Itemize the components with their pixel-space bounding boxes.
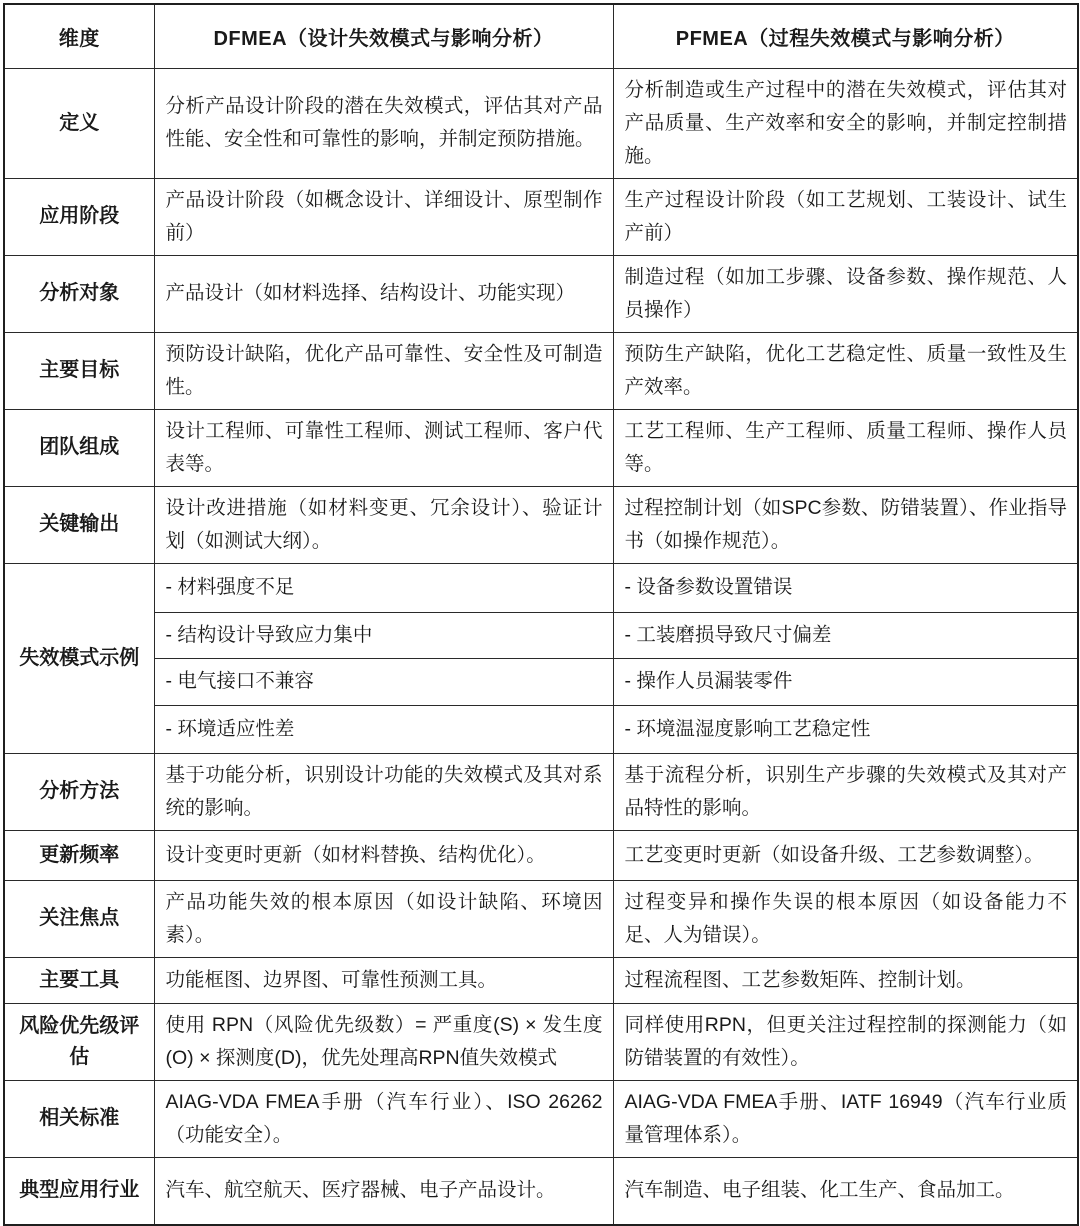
- row-label: 主要目标: [4, 332, 154, 409]
- pfmea-cell: - 工装磨损导致尺寸偏差: [613, 612, 1078, 658]
- dfmea-cell: - 材料强度不足: [154, 563, 613, 612]
- row-label: 关注焦点: [4, 880, 154, 957]
- table-row-team-composition: 团队组成 设计工程师、可靠性工程师、测试工程师、客户代表等。 工艺工程师、生产工…: [4, 409, 1078, 486]
- table-row-application-stage: 应用阶段 产品设计阶段（如概念设计、详细设计、原型制作前） 生产过程设计阶段（如…: [4, 178, 1078, 255]
- table-row-analysis-method: 分析方法 基于功能分析，识别设计功能的失效模式及其对系统的影响。 基于流程分析，…: [4, 753, 1078, 830]
- column-header-dfmea: DFMEA（设计失效模式与影响分析）: [154, 4, 613, 68]
- dfmea-cell: 基于功能分析，识别设计功能的失效模式及其对系统的影响。: [154, 753, 613, 830]
- dfmea-cell: - 环境适应性差: [154, 705, 613, 753]
- pfmea-cell: 汽车制造、电子组装、化工生产、食品加工。: [613, 1157, 1078, 1225]
- table-row-failure-mode-example-1: 失效模式示例 - 材料强度不足 - 设备参数设置错误: [4, 563, 1078, 612]
- row-label: 分析方法: [4, 753, 154, 830]
- pfmea-cell: AIAG-VDA FMEA手册、IATF 16949（汽车行业质量管理体系）。: [613, 1080, 1078, 1157]
- dfmea-cell: 分析产品设计阶段的潜在失效模式，评估其对产品性能、安全性和可靠性的影响，并制定预…: [154, 68, 613, 178]
- table-row-update-frequency: 更新频率 设计变更时更新（如材料替换、结构优化）。 工艺变更时更新（如设备升级、…: [4, 830, 1078, 880]
- table-row-failure-mode-example-4: - 环境适应性差 - 环境温湿度影响工艺稳定性: [4, 705, 1078, 753]
- dfmea-cell: 设计变更时更新（如材料替换、结构优化）。: [154, 830, 613, 880]
- row-label: 应用阶段: [4, 178, 154, 255]
- table-row-failure-mode-example-3: - 电气接口不兼容 - 操作人员漏装零件: [4, 658, 1078, 705]
- pfmea-cell: 预防生产缺陷，优化工艺稳定性、质量一致性及生产效率。: [613, 332, 1078, 409]
- table-row-analysis-object: 分析对象 产品设计（如材料选择、结构设计、功能实现） 制造过程（如加工步骤、设备…: [4, 255, 1078, 332]
- pfmea-cell: 制造过程（如加工步骤、设备参数、操作规范、人员操作）: [613, 255, 1078, 332]
- table-row-focus: 关注焦点 产品功能失效的根本原因（如设计缺陷、环境因素）。 过程变异和操作失误的…: [4, 880, 1078, 957]
- fmea-comparison-table: 维度 DFMEA（设计失效模式与影响分析） PFMEA（过程失效模式与影响分析）…: [3, 3, 1079, 1226]
- row-label: 定义: [4, 68, 154, 178]
- pfmea-cell: - 操作人员漏装零件: [613, 658, 1078, 705]
- table-row-main-tools: 主要工具 功能框图、边界图、可靠性预测工具。 过程流程图、工艺参数矩阵、控制计划…: [4, 957, 1078, 1003]
- row-label: 主要工具: [4, 957, 154, 1003]
- pfmea-cell: 工艺变更时更新（如设备升级、工艺参数调整）。: [613, 830, 1078, 880]
- row-label: 更新频率: [4, 830, 154, 880]
- dfmea-cell: AIAG-VDA FMEA手册（汽车行业）、ISO 26262（功能安全）。: [154, 1080, 613, 1157]
- pfmea-cell: 分析制造或生产过程中的潜在失效模式，评估其对产品质量、生产效率和安全的影响，并制…: [613, 68, 1078, 178]
- dfmea-cell: 产品功能失效的根本原因（如设计缺陷、环境因素）。: [154, 880, 613, 957]
- column-header-pfmea: PFMEA（过程失效模式与影响分析）: [613, 4, 1078, 68]
- pfmea-cell: 同样使用RPN，但更关注过程控制的探测能力（如防错装置的有效性）。: [613, 1003, 1078, 1080]
- row-label: 典型应用行业: [4, 1157, 154, 1225]
- dfmea-cell: 设计工程师、可靠性工程师、测试工程师、客户代表等。: [154, 409, 613, 486]
- table-row-typical-industries: 典型应用行业 汽车、航空航天、医疗器械、电子产品设计。 汽车制造、电子组装、化工…: [4, 1157, 1078, 1225]
- dfmea-cell: 产品设计阶段（如概念设计、详细设计、原型制作前）: [154, 178, 613, 255]
- row-label: 相关标准: [4, 1080, 154, 1157]
- fmea-comparison-page: 维度 DFMEA（设计失效模式与影响分析） PFMEA（过程失效模式与影响分析）…: [0, 0, 1080, 1149]
- row-label: 分析对象: [4, 255, 154, 332]
- pfmea-cell: 过程流程图、工艺参数矩阵、控制计划。: [613, 957, 1078, 1003]
- column-header-dimension: 维度: [4, 4, 154, 68]
- pfmea-cell: 过程控制计划（如SPC参数、防错装置）、作业指导书（如操作规范）。: [613, 486, 1078, 563]
- table-row-definition: 定义 分析产品设计阶段的潜在失效模式，评估其对产品性能、安全性和可靠性的影响，并…: [4, 68, 1078, 178]
- table-row-main-goal: 主要目标 预防设计缺陷，优化产品可靠性、安全性及可制造性。 预防生产缺陷，优化工…: [4, 332, 1078, 409]
- header-row: 维度 DFMEA（设计失效模式与影响分析） PFMEA（过程失效模式与影响分析）: [4, 4, 1078, 68]
- dfmea-cell: 功能框图、边界图、可靠性预测工具。: [154, 957, 613, 1003]
- dfmea-cell: 产品设计（如材料选择、结构设计、功能实现）: [154, 255, 613, 332]
- table-row-risk-priority-evaluation: 风险优先级评估 使用 RPN（风险优先级数）= 严重度(S) × 发生度(O) …: [4, 1003, 1078, 1080]
- row-label: 关键输出: [4, 486, 154, 563]
- pfmea-cell: 基于流程分析，识别生产步骤的失效模式及其对产品特性的影响。: [613, 753, 1078, 830]
- pfmea-cell: 过程变异和操作失误的根本原因（如设备能力不足、人为错误）。: [613, 880, 1078, 957]
- dfmea-cell: - 结构设计导致应力集中: [154, 612, 613, 658]
- dfmea-cell: 预防设计缺陷，优化产品可靠性、安全性及可制造性。: [154, 332, 613, 409]
- dfmea-cell: 汽车、航空航天、医疗器械、电子产品设计。: [154, 1157, 613, 1225]
- row-label: 风险优先级评估: [4, 1003, 154, 1080]
- table-row-key-output: 关键输出 设计改进措施（如材料变更、冗余设计）、验证计划（如测试大纲）。 过程控…: [4, 486, 1078, 563]
- row-label-failure-modes: 失效模式示例: [4, 563, 154, 753]
- pfmea-cell: 生产过程设计阶段（如工艺规划、工装设计、试生产前）: [613, 178, 1078, 255]
- pfmea-cell: 工艺工程师、生产工程师、质量工程师、操作人员等。: [613, 409, 1078, 486]
- row-label: 团队组成: [4, 409, 154, 486]
- dfmea-cell: 使用 RPN（风险优先级数）= 严重度(S) × 发生度(O) × 探测度(D)…: [154, 1003, 613, 1080]
- dfmea-cell: 设计改进措施（如材料变更、冗余设计）、验证计划（如测试大纲）。: [154, 486, 613, 563]
- pfmea-cell: - 环境温湿度影响工艺稳定性: [613, 705, 1078, 753]
- table-row-failure-mode-example-2: - 结构设计导致应力集中 - 工装磨损导致尺寸偏差: [4, 612, 1078, 658]
- dfmea-cell: - 电气接口不兼容: [154, 658, 613, 705]
- pfmea-cell: - 设备参数设置错误: [613, 563, 1078, 612]
- table-row-related-standards: 相关标准 AIAG-VDA FMEA手册（汽车行业）、ISO 26262（功能安…: [4, 1080, 1078, 1157]
